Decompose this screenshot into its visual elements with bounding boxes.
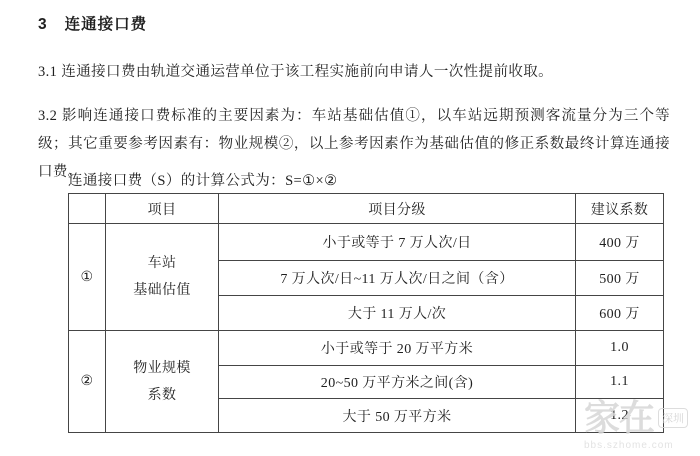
table-row: ② 物业规模 系数 小于或等于 20 万平方米 1.0	[69, 331, 664, 366]
coefficient-cell: 1.0	[576, 331, 664, 366]
coefficient-cell: 600 万	[576, 296, 664, 331]
coefficient-cell: 1.2	[576, 399, 664, 433]
group2-item-line2: 系数	[106, 382, 218, 409]
grade-cell: 小于或等于 7 万人次/日	[219, 224, 576, 261]
coefficient-cell: 500 万	[576, 261, 664, 296]
group1-item-line2: 基础估值	[106, 277, 218, 304]
grade-cell: 大于 11 万人/次	[219, 296, 576, 331]
document-page: 3连通接口费 3.1 连通接口费由轨道交通运营单位于该工程实施前向申请人一次性提…	[0, 0, 700, 456]
watermark-url: bbs.szhome.com	[584, 440, 700, 451]
grade-cell: 20~50 万平方米之间(含)	[219, 366, 576, 399]
paragraph-3-1: 3.1 连通接口费由轨道交通运营单位于该工程实施前向申请人一次性提前收取。	[38, 60, 683, 81]
header-cell-grade: 项目分级	[219, 194, 576, 224]
table-header-row: 项目 项目分级 建议系数	[69, 194, 664, 224]
grade-cell: 大于 50 万平方米	[219, 399, 576, 433]
section-number: 3	[38, 16, 47, 33]
table-row: ① 车站 基础估值 小于或等于 7 万人次/日 400 万	[69, 224, 664, 261]
header-cell-empty	[69, 194, 106, 224]
section-title: 连通接口费	[65, 16, 148, 33]
group2-item-line1: 物业规模	[106, 355, 218, 382]
grade-cell: 7 万人次/日~11 万人次/日之间（含）	[219, 261, 576, 296]
formula-line: 连通接口费（S）的计算公式为：S=①×②	[68, 169, 337, 190]
group1-item-cell: 车站 基础估值	[106, 224, 219, 331]
coefficient-cell: 1.1	[576, 366, 664, 399]
coefficient-cell: 400 万	[576, 224, 664, 261]
header-cell-coefficient: 建议系数	[576, 194, 664, 224]
fee-table: 项目 项目分级 建议系数 ① 车站 基础估值 小于或等于 7 万人次/日 400…	[68, 193, 664, 433]
header-cell-item: 项目	[106, 194, 219, 224]
grade-cell: 小于或等于 20 万平方米	[219, 331, 576, 366]
group2-id-cell: ②	[69, 331, 106, 433]
section-heading: 3连通接口费	[38, 12, 147, 34]
group1-item-line1: 车站	[106, 250, 218, 277]
group2-item-cell: 物业规模 系数	[106, 331, 219, 433]
group1-id-cell: ①	[69, 224, 106, 331]
